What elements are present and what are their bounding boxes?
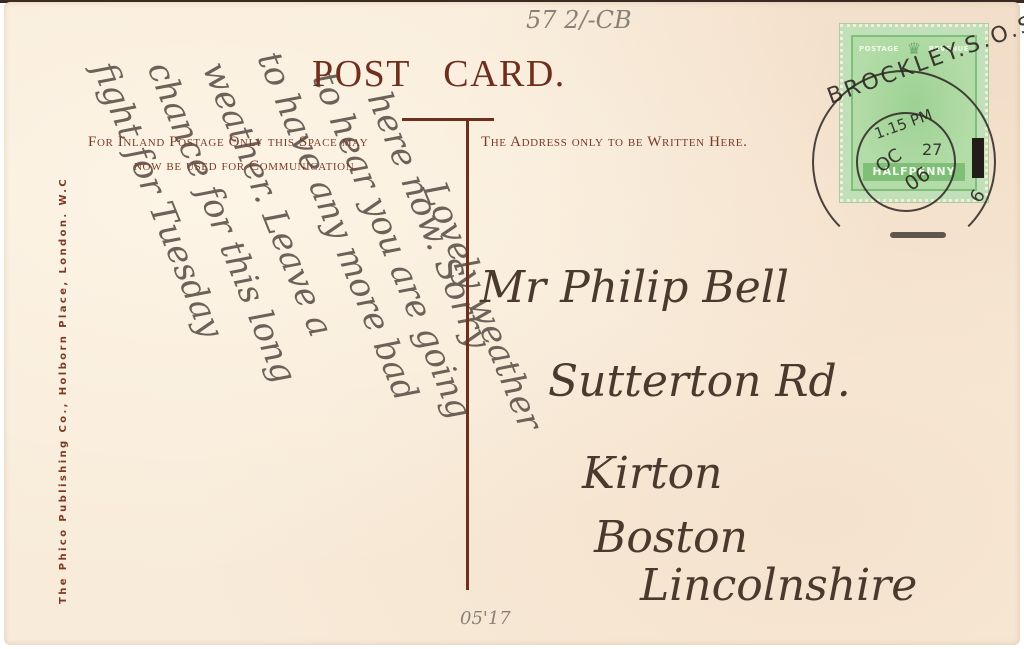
address-line-street: Sutterton Rd. — [548, 356, 851, 407]
publisher-imprint: The Phico Publishing Co., Holborn Place,… — [58, 177, 69, 604]
stamp-postage-label: POSTAGE — [859, 45, 899, 53]
communication-instruction-line2: now be used for Communication. — [134, 158, 359, 175]
divider-horizontal — [402, 118, 494, 121]
postmark-bar — [972, 138, 984, 178]
divider-vertical — [466, 120, 469, 590]
address-line-village: Kirton — [582, 448, 723, 499]
post-card-title: POST CARD. — [312, 52, 566, 96]
pencil-note-top: 57 2/-CB — [526, 6, 632, 34]
handwritten-message: Lovely weather here now. Sorry to hear y… — [96, 26, 466, 616]
address-line-county: Lincolnshire — [640, 560, 917, 611]
address-instruction: The Address only to be Written Here. — [481, 134, 747, 151]
address-line-recipient: Mr Philip Bell — [480, 262, 789, 313]
postmark-smudge — [890, 232, 946, 238]
postmark-day: 27 — [922, 140, 942, 159]
communication-instruction-line1: For Inland Postage Only this Space may — [88, 134, 368, 151]
address-line-town: Boston — [594, 512, 748, 563]
pencil-note-bottom: 05'17 — [460, 608, 511, 629]
